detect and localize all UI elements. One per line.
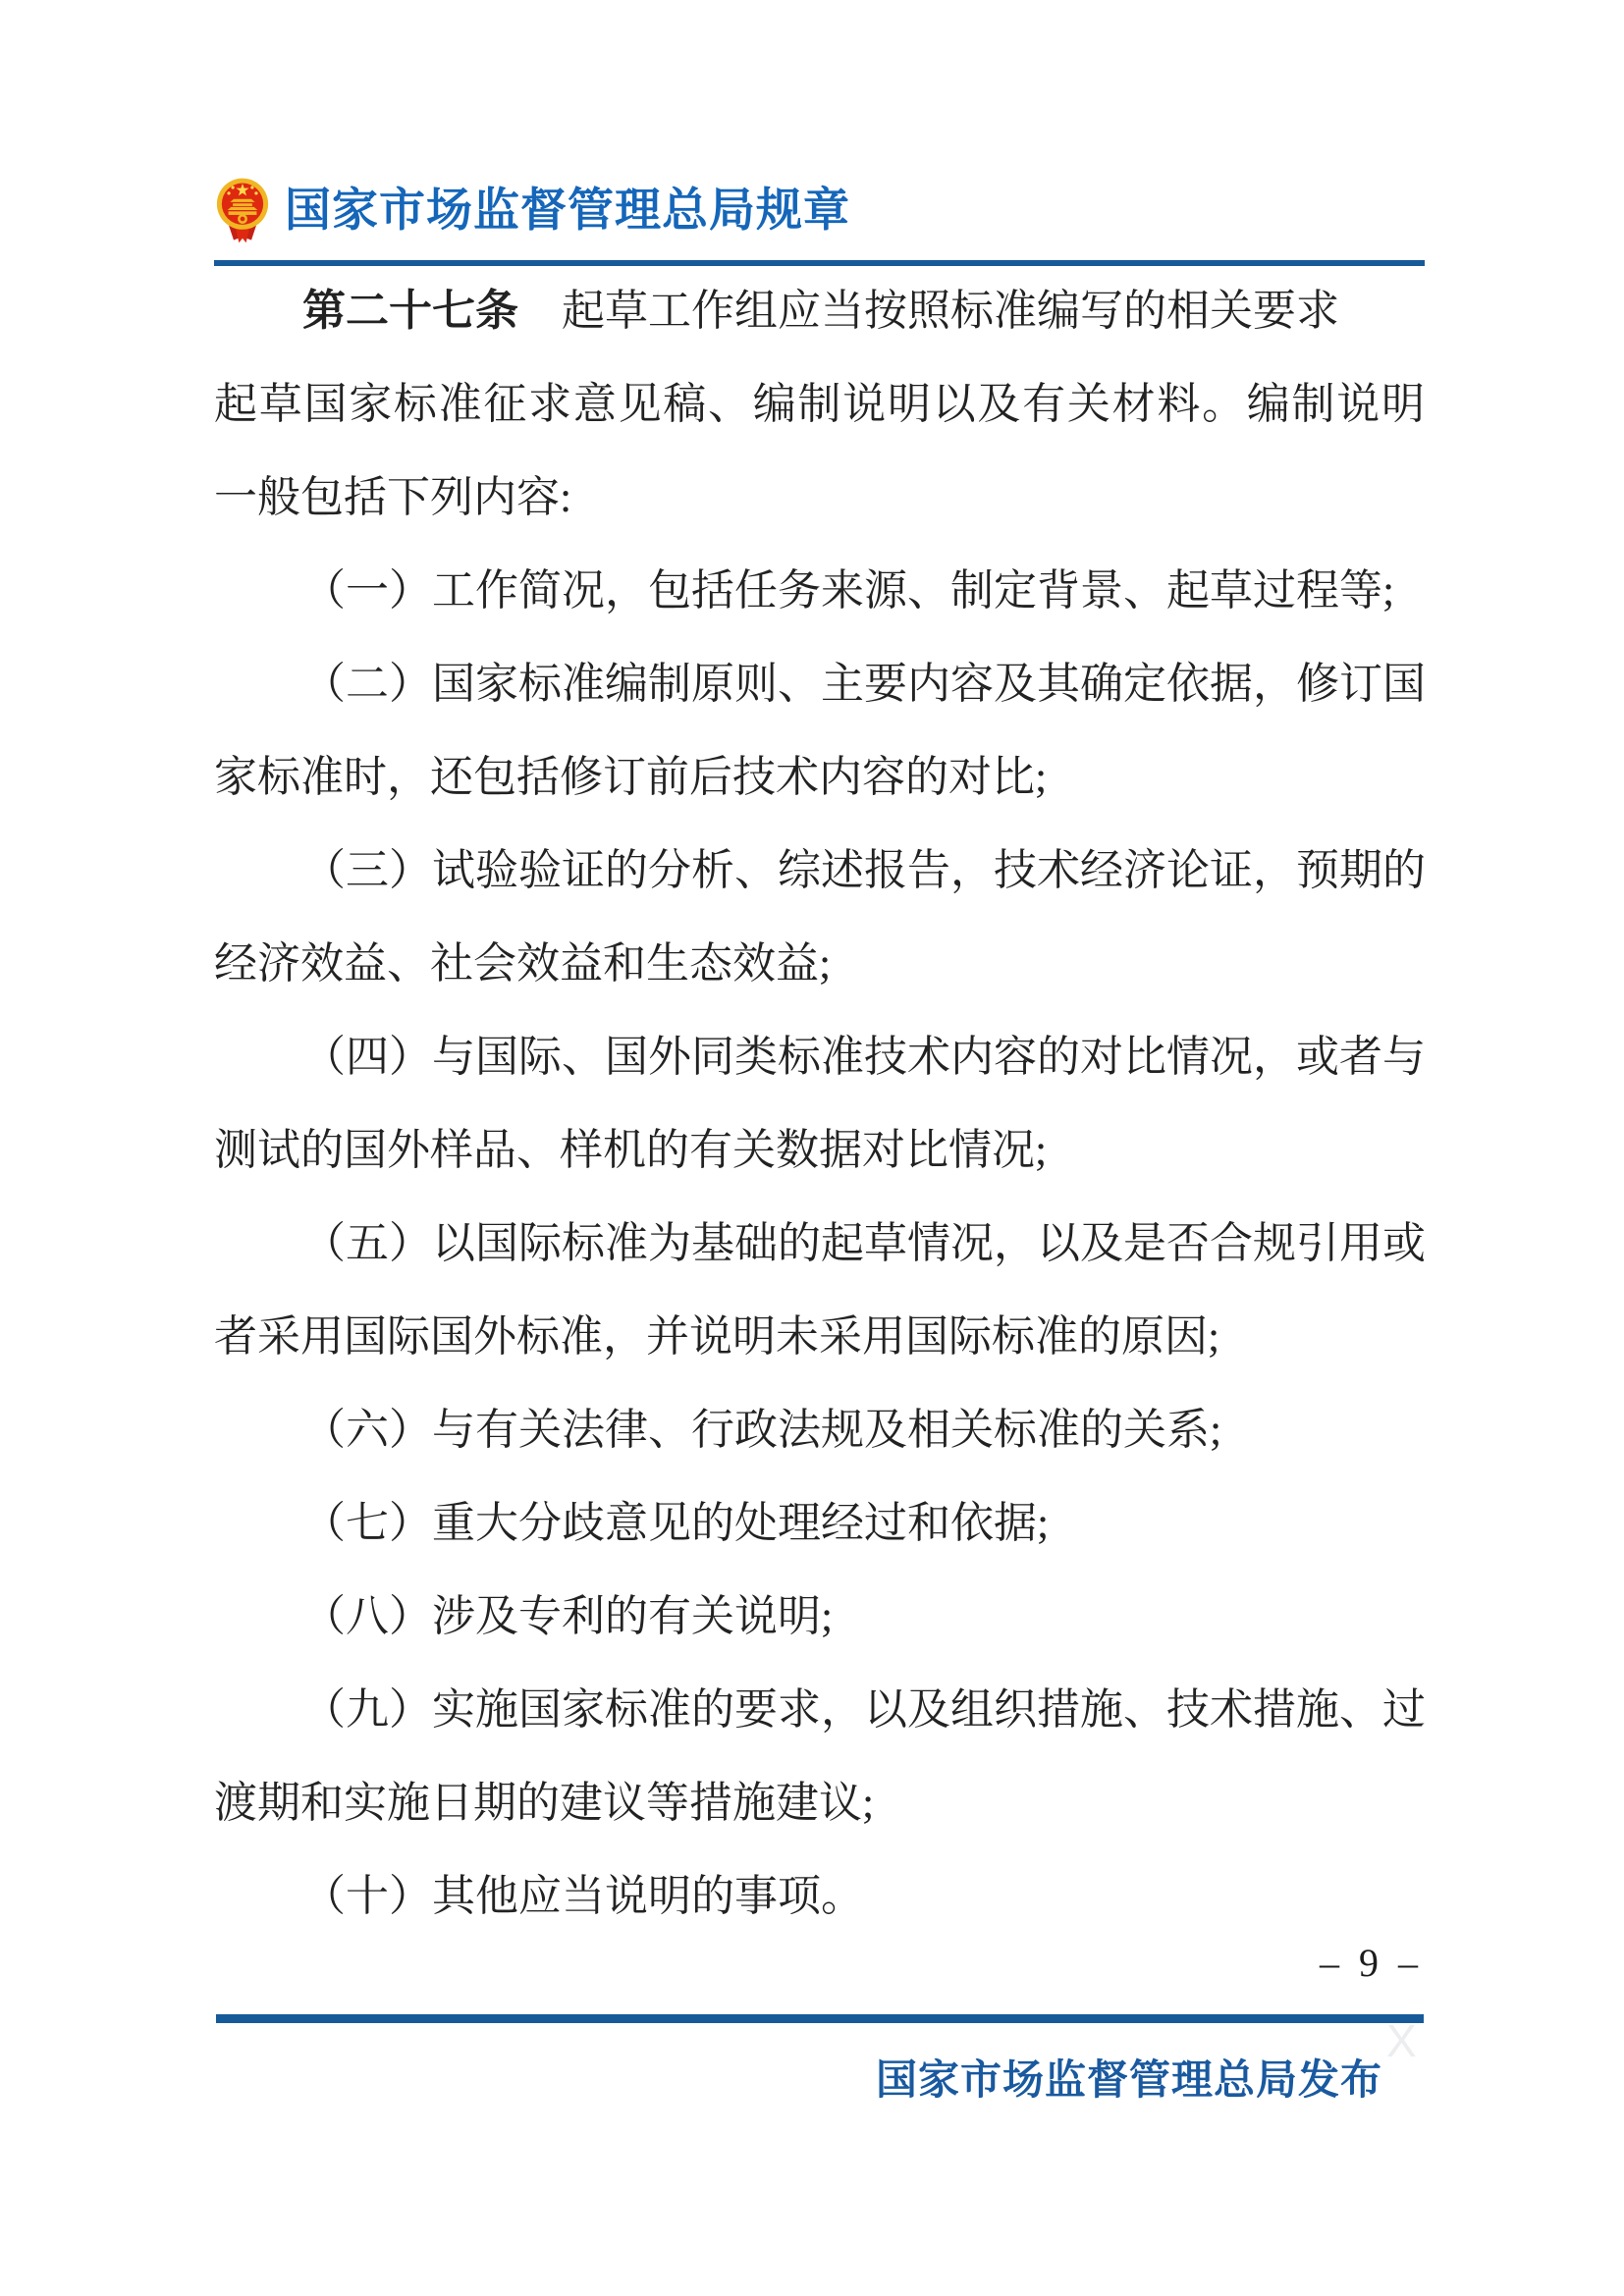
body-line: 家标准时，还包括修订前后技术内容的对比; xyxy=(214,730,1425,824)
article-number: 第二十七条 xyxy=(302,287,518,335)
body-line: （九）实施国家标准的要求，以及组织措施、技术措施、过 xyxy=(214,1663,1425,1756)
body-line: （七）重大分歧意见的处理经过和依据; xyxy=(214,1476,1425,1570)
body-line: （八）涉及专利的有关说明; xyxy=(214,1570,1425,1663)
publisher-label: 国家市场监督管理总局发布 xyxy=(876,2052,1382,2109)
body-line: （十）其他应当说明的事项。 xyxy=(214,1849,1425,1943)
body-line: 一般包括下列内容: xyxy=(214,451,1425,544)
footer-divider xyxy=(216,2014,1424,2023)
page-number: – 9 – xyxy=(1320,1940,1423,1987)
body-line: （一）工作简况，包括任务来源、制定背景、起草过程等; xyxy=(214,544,1425,637)
document-header: 国家市场监督管理总局规章 xyxy=(216,175,850,245)
body-line: 起草国家标准征求意见稿、编制说明以及有关材料。编制说明 xyxy=(214,357,1425,451)
body-line: （四）与国际、国外同类标准技术内容的对比情况，或者与 xyxy=(214,1010,1425,1103)
body-line: 渡期和实施日期的建议等措施建议; xyxy=(214,1756,1425,1849)
body-line: （五）以国际标准为基础的起草情况，以及是否合规引用或 xyxy=(214,1197,1425,1290)
national-emblem-icon xyxy=(216,175,269,245)
body-line: （三）试验验证的分析、综述报告，技术经济论证，预期的 xyxy=(214,824,1425,917)
document-page: 国家市场监督管理总局规章 第二十七条 起草工作组应当按照标准编写的相关要求起草国… xyxy=(0,0,1624,2296)
body-line: 第二十七条 起草工作组应当按照标准编写的相关要求 xyxy=(214,264,1425,357)
body-line: （二）国家标准编制原则、主要内容及其确定依据，修订国 xyxy=(214,637,1425,730)
body-line: 经济效益、社会效益和生态效益; xyxy=(214,917,1425,1010)
body-line: 者采用国际国外标准，并说明未采用国际标准的原因; xyxy=(214,1290,1425,1383)
header-title: 国家市场监督管理总局规章 xyxy=(285,176,850,244)
article-body: 第二十七条 起草工作组应当按照标准编写的相关要求起草国家标准征求意见稿、编制说明… xyxy=(214,264,1425,1943)
body-line: 测试的国外样品、样机的有关数据对比情况; xyxy=(214,1103,1425,1197)
body-line: （六）与有关法律、行政法规及相关标准的关系; xyxy=(214,1383,1425,1476)
